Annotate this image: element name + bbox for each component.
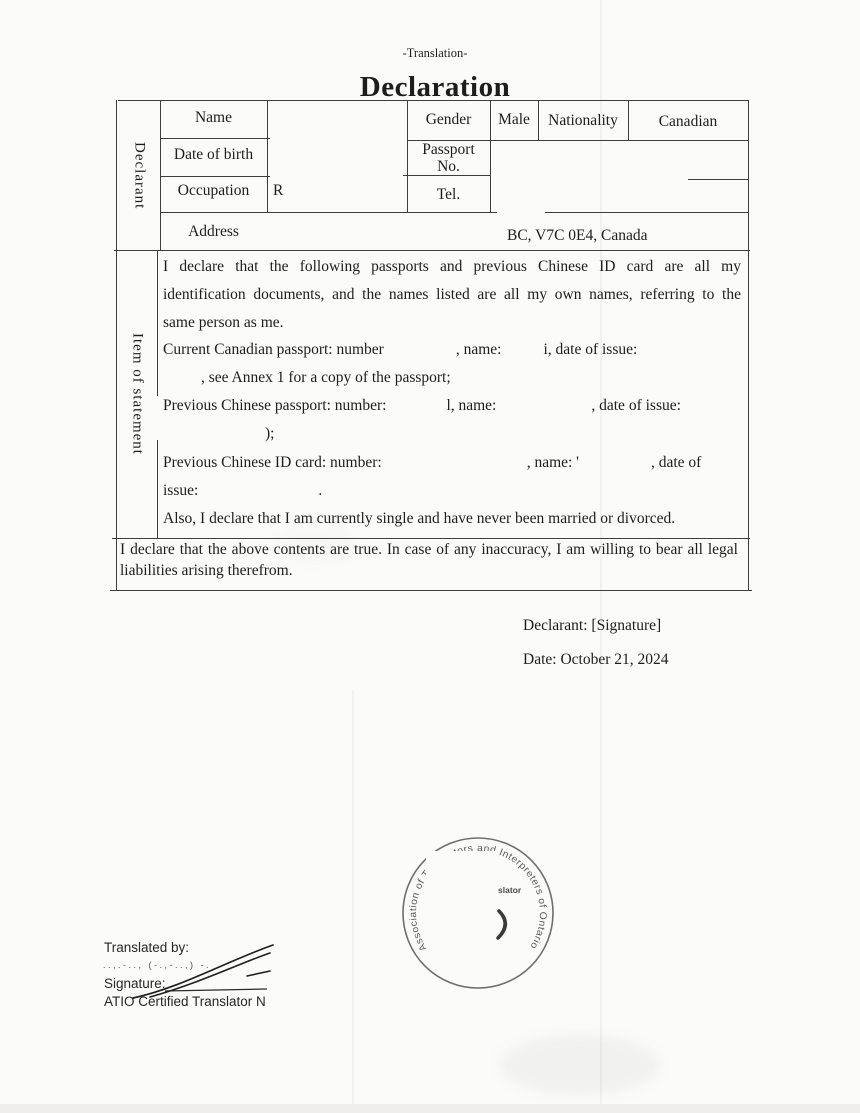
text-fragment: ); bbox=[265, 425, 274, 442]
chinese-id-line: Previous Chinese ID card: number:, name:… bbox=[163, 454, 701, 472]
statement-section-label: Item of statement bbox=[117, 252, 157, 536]
text-fragment: Previous Chinese ID card: number: bbox=[163, 454, 382, 471]
atio-certification-stamp: Association of Translators and Interpret… bbox=[396, 831, 560, 995]
chinese-passport-cont-line: ); bbox=[265, 425, 274, 443]
table-border-line bbox=[118, 100, 748, 101]
table-border-line bbox=[114, 250, 750, 251]
tel-label: Tel. bbox=[407, 186, 490, 204]
statement-paragraph-line: I declare that the following passports a… bbox=[163, 258, 741, 276]
statement-paragraph-line: identification documents, and the names … bbox=[163, 286, 741, 304]
redacted-gap bbox=[198, 494, 318, 495]
table-border-line bbox=[112, 538, 750, 539]
translation-marker: -Translation- bbox=[335, 46, 535, 61]
text-fragment: , date of issue: bbox=[591, 397, 681, 414]
table-border-line bbox=[160, 176, 270, 177]
date-of-birth-label: Date of birth bbox=[160, 146, 267, 164]
redacted-gap bbox=[386, 409, 446, 410]
stamp-signature-mark bbox=[498, 911, 505, 938]
canadian-passport-cont-line: , see Annex 1 for a copy of the passport… bbox=[201, 369, 451, 387]
passport-no-label-line2: No. bbox=[407, 158, 490, 176]
chinese-id-cont-line: issue:. bbox=[163, 482, 322, 500]
signature-underline bbox=[165, 989, 267, 991]
occupation-label: Occupation bbox=[160, 182, 267, 200]
text-fragment: l, name: bbox=[446, 397, 496, 414]
redacted-gap bbox=[501, 353, 543, 354]
redacted-gap bbox=[384, 353, 456, 354]
redacted-gap bbox=[382, 466, 527, 467]
signature-stroke bbox=[247, 971, 270, 976]
text-fragment: , name: ' bbox=[527, 454, 579, 471]
table-border-line bbox=[748, 100, 749, 590]
text-fragment: , see Annex 1 for a copy of the passport… bbox=[201, 369, 451, 386]
table-border-line bbox=[160, 212, 497, 213]
statement-paragraph-line: same person as me. bbox=[163, 314, 284, 332]
chinese-passport-line: Previous Chinese passport: number:l, nam… bbox=[163, 397, 681, 415]
affirmation-line: I declare that the above contents are tr… bbox=[120, 541, 738, 559]
text-fragment: i, date of issue: bbox=[543, 341, 637, 358]
table-border-line bbox=[267, 100, 268, 212]
scan-noise bbox=[500, 1035, 660, 1095]
nationality-label: Nationality bbox=[538, 112, 628, 130]
text-fragment: , date of bbox=[651, 454, 701, 471]
passport-no-label-line1: Passport bbox=[407, 141, 490, 159]
canadian-passport-line: Current Canadian passport: number, name:… bbox=[163, 341, 637, 359]
paper-fold-line bbox=[352, 690, 354, 1113]
gender-value: Male bbox=[490, 111, 538, 129]
stamp-redaction-overlay bbox=[426, 851, 498, 963]
table-border-line bbox=[157, 250, 158, 396]
redacted-gap bbox=[579, 466, 651, 467]
declarant-section-label: Declarant bbox=[118, 103, 160, 248]
text-fragment: , name: bbox=[456, 341, 502, 358]
occupation-value-fragment: R bbox=[273, 182, 283, 200]
scanner-edge-shadow bbox=[0, 1104, 860, 1113]
table-border-line bbox=[545, 212, 748, 213]
text-fragment: Previous Chinese passport: number: bbox=[163, 397, 386, 414]
single-status-line: Also, I declare that I am currently sing… bbox=[163, 510, 675, 528]
table-border-line bbox=[110, 590, 752, 591]
table-border-line-fragment bbox=[688, 179, 748, 180]
affirmation-line: liabilities arising therefrom. bbox=[120, 562, 293, 580]
table-border-line bbox=[157, 440, 158, 538]
table-border-line bbox=[160, 138, 270, 139]
nationality-value: Canadian bbox=[628, 113, 748, 131]
scanned-declaration-document: -Translation- Declaration Declarant Name… bbox=[0, 0, 860, 1113]
stamp-inner-text-fragment: slator bbox=[498, 885, 522, 895]
declaration-date-line: Date: October 21, 2024 bbox=[523, 651, 669, 669]
text-fragment: Current Canadian passport: number bbox=[163, 341, 384, 358]
address-value: BC, V7C 0E4, Canada bbox=[507, 227, 648, 245]
text-fragment: . bbox=[318, 482, 322, 499]
name-label: Name bbox=[160, 109, 267, 127]
declarant-signature-line: Declarant: [Signature] bbox=[523, 617, 661, 635]
handwritten-signature bbox=[95, 935, 295, 1015]
text-fragment: issue: bbox=[163, 482, 198, 499]
redacted-gap bbox=[496, 409, 591, 410]
gender-label: Gender bbox=[407, 111, 490, 129]
address-label: Address bbox=[160, 223, 267, 241]
